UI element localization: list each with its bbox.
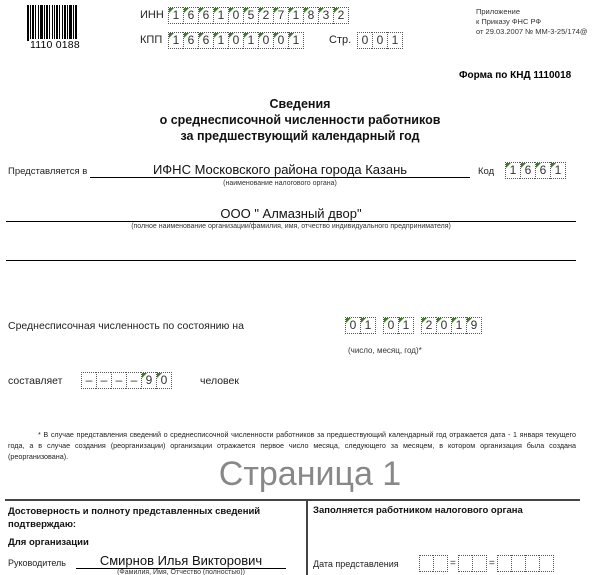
digit-cell[interactable]: 6 [183,32,198,49]
digit-cell[interactable]: 2 [333,7,349,24]
digit-cell[interactable]: 1 [387,32,403,49]
head-name-caption: (Фамилия, Имя, Отчество (полностью)) [76,569,286,575]
page-label: Стр. [329,34,351,46]
digit-cell[interactable]: 5 [243,7,258,24]
digit-cell[interactable]: 7 [273,7,288,24]
digit-cell[interactable]: – [96,372,111,389]
amount-unit: человек [200,375,239,387]
organization-underline-2 [6,260,576,261]
headcount-amount-field[interactable]: ––––90 [81,372,172,389]
organization-caption: (полное наименование организации/фамилия… [6,223,576,230]
digit-cell[interactable]: 0 [228,7,243,24]
date-cell[interactable] [539,555,554,572]
digit-cell[interactable]: 6 [198,7,213,24]
inn-label: ИНН [140,9,164,21]
digit-cell[interactable]: 1 [398,317,414,334]
digit-cell[interactable]: – [81,372,96,389]
digit-cell[interactable]: 0 [156,372,172,389]
barcode-bars [27,5,97,41]
date-day[interactable]: 01 [345,317,376,334]
digit-cell[interactable]: 3 [318,7,333,24]
date-cell[interactable] [525,555,539,572]
digit-cell[interactable]: 2 [421,317,436,334]
digit-cell[interactable]: 0 [436,317,451,334]
digit-cell[interactable]: 6 [535,162,550,179]
barcode-number: 1110 0188 [29,39,81,51]
date-year[interactable]: 2019 [421,317,482,334]
digit-cell[interactable]: 6 [520,162,535,179]
digit-cell[interactable]: – [111,372,126,389]
tax-officer-heading: Заполняется работником налогового органа [313,505,523,516]
tax-authority-field[interactable]: ИФНС Московского района города Казань [90,162,470,177]
digit-cell[interactable]: 0 [228,32,243,49]
digit-cell[interactable]: 1 [213,32,228,49]
organization-underline [6,221,576,222]
digit-cell[interactable]: 0 [258,32,273,49]
code-label: Код [478,166,494,177]
kpp-label: КПП [140,34,162,46]
title-line: о среднесписочной численности работников [0,112,600,128]
date-cell[interactable] [497,555,511,572]
digit-cell[interactable]: – [126,372,141,389]
date-cell[interactable] [419,555,433,572]
tax-authority-code-field[interactable]: 1661 [505,162,566,179]
date-cell[interactable] [511,555,525,572]
submitted-to-label: Представляется в [8,166,87,177]
digit-cell[interactable]: 1 [288,32,304,49]
digit-cell[interactable]: 1 [550,162,566,179]
inn-field[interactable]: 166105271832 [168,7,349,24]
head-name-field[interactable]: Смирнов Илья Викторович [76,553,286,568]
appendix-note: Приложение к Приказу ФНС РФ от 29.03.200… [476,7,588,37]
appendix-line: Приложение [476,7,588,17]
digit-cell[interactable]: 1 [451,317,466,334]
title-line: Сведения [0,96,600,112]
head-label: Руководитель [8,558,66,568]
digit-cell[interactable]: 6 [183,7,198,24]
tax-authority-underline [90,177,470,178]
page-number-field[interactable]: 001 [357,32,403,49]
submission-date-label: Дата представления [313,559,399,569]
form-code: Форма по КНД 1110018 [459,70,571,81]
date-separator: = [489,558,495,569]
date-cell[interactable] [458,555,472,572]
bottom-section-divider [306,499,308,575]
page-watermark: Страница 1 [0,455,600,494]
date-cell[interactable] [433,555,448,572]
digit-cell[interactable]: 0 [273,32,288,49]
digit-cell[interactable]: 8 [303,7,318,24]
digit-cell[interactable]: 0 [372,32,387,49]
digit-cell[interactable]: 1 [168,32,183,49]
organization-field[interactable]: ООО " Алмазный двор" [6,206,576,221]
appendix-line: от 29.03.2007 № ММ-3-25/174@ [476,27,588,37]
document-title: Сведения о среднесписочной численности р… [0,96,600,144]
digit-cell[interactable]: 1 [505,162,520,179]
digit-cell[interactable]: 9 [466,317,482,334]
for-organization-label: Для организации [8,537,89,548]
kpp-field[interactable]: 166101001 [168,32,304,49]
date-cell[interactable] [472,555,487,572]
headcount-date-field[interactable]: 01 01 2019 [345,317,482,334]
digit-cell[interactable]: 0 [383,317,398,334]
confirmation-heading: Достоверность и полноту представленных с… [8,505,303,531]
title-line: за предшествующий календарный год [0,128,600,144]
barcode: 1110 0188 [27,5,97,49]
headcount-date-label: Среднесписочная численность по состоянию… [8,320,244,332]
digit-cell[interactable]: 1 [168,7,183,24]
date-month[interactable]: 01 [383,317,414,334]
digit-cell[interactable]: 1 [288,7,303,24]
digit-cell[interactable]: 0 [345,317,360,334]
appendix-line: к Приказу ФНС РФ [476,17,588,27]
digit-cell[interactable]: 9 [141,372,156,389]
digit-cell[interactable]: 1 [360,317,376,334]
date-caption: (число, месяц, год)* [348,346,422,355]
date-separator: = [450,558,456,569]
digit-cell[interactable]: 1 [243,32,258,49]
digit-cell[interactable]: 0 [357,32,372,49]
digit-cell[interactable]: 1 [213,7,228,24]
bottom-section-border [5,499,580,501]
digit-cell[interactable]: 6 [198,32,213,49]
submission-date-field[interactable]: = = [419,555,554,572]
amount-label: составляет [8,375,62,387]
tax-authority-caption: (наименование налогового органа) [90,180,470,187]
digit-cell[interactable]: 2 [258,7,273,24]
